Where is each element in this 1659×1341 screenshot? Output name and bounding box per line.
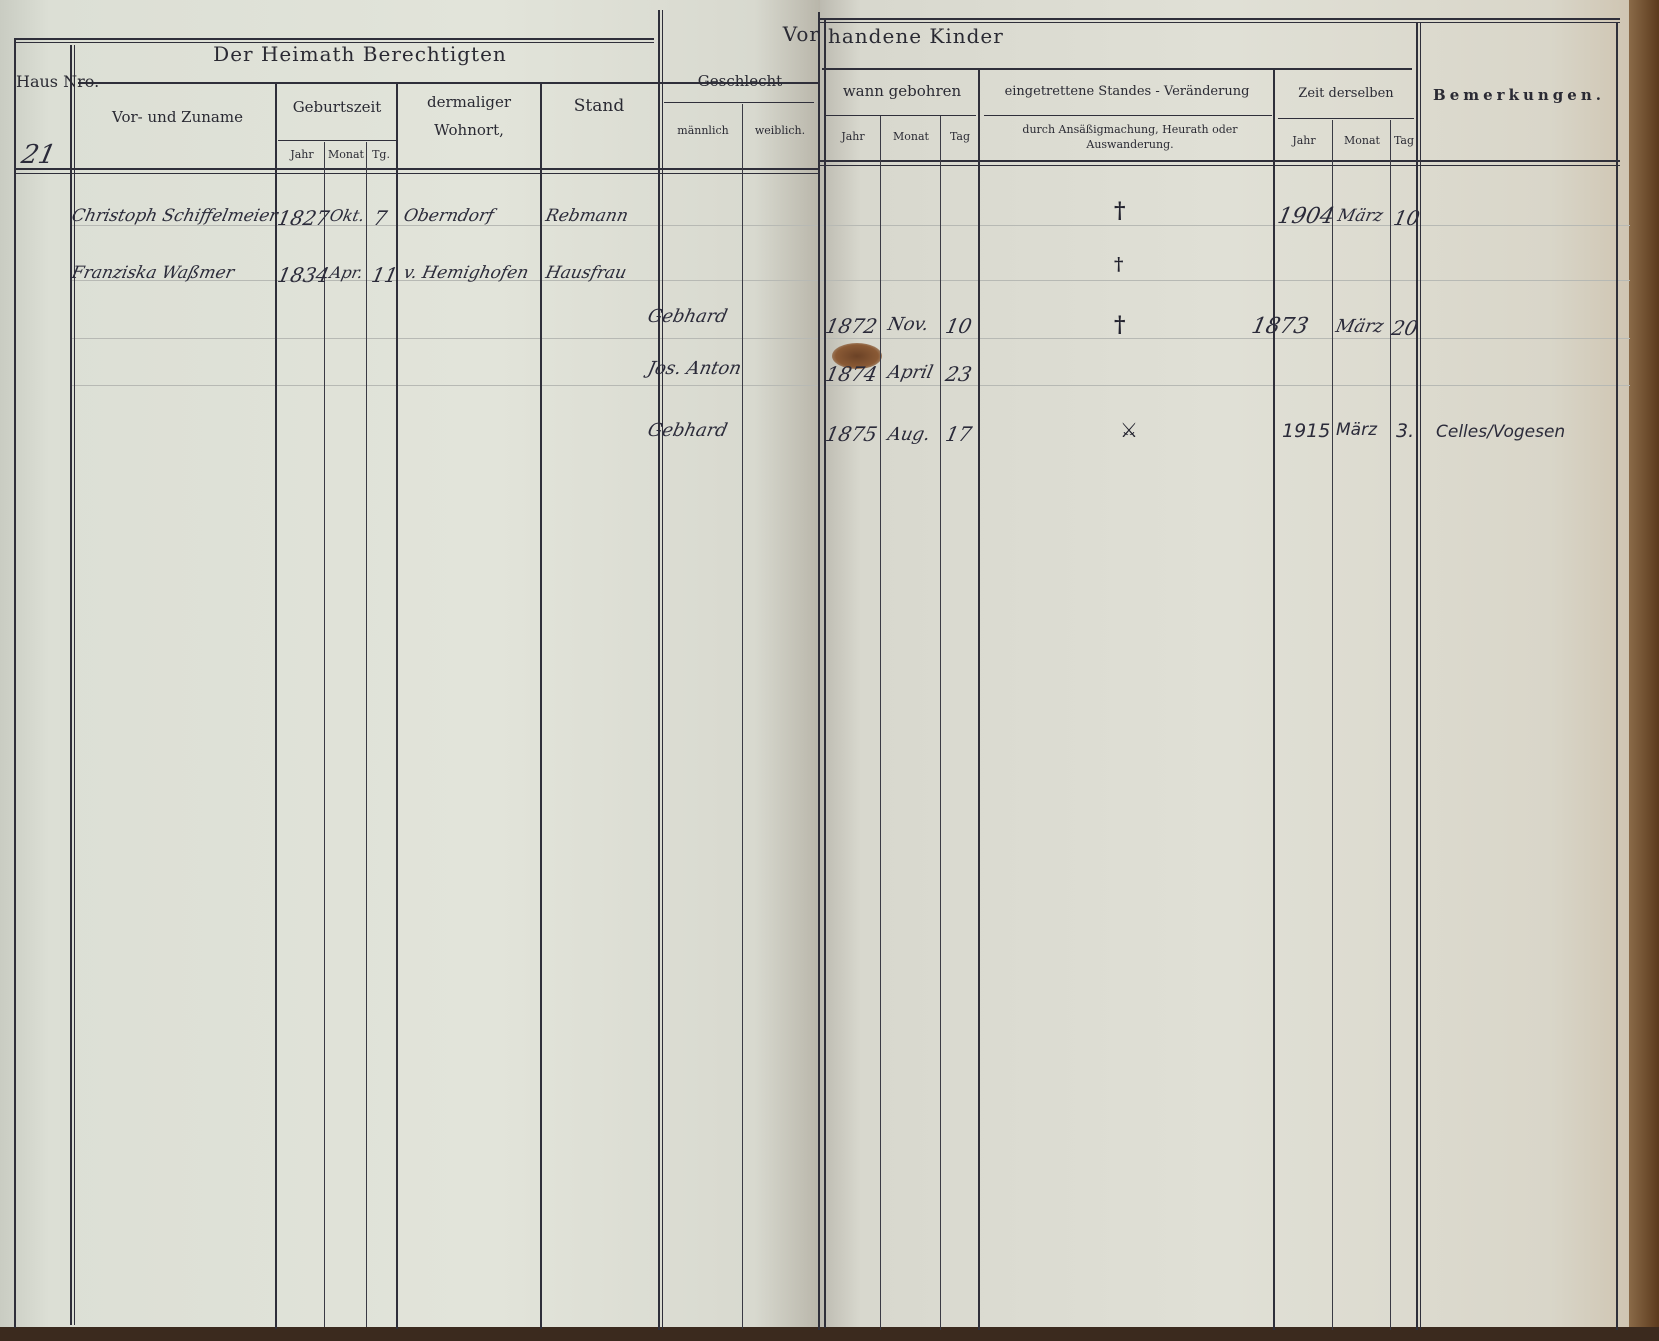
geschlecht-sub-rule: [664, 102, 814, 103]
col-rule-monat: [366, 142, 367, 1327]
entry-name: Franziska Waßmer: [70, 263, 236, 283]
left-page: [0, 0, 820, 1330]
header-maennlich: männlich: [664, 124, 742, 137]
entry-name: Christoph Schiffelmeier: [70, 206, 280, 226]
frame-left: [14, 38, 16, 1328]
right-page: [820, 0, 1630, 1330]
header-geb-tag: Tg.: [367, 148, 395, 161]
entry-change-year: 1873: [1249, 314, 1310, 339]
header-standes-sub: durch Ansäßigmachung, Heurath oder Auswa…: [1000, 122, 1260, 152]
header-name: Vor- und Zuname: [80, 108, 275, 126]
col-rule-maennlich: [742, 104, 743, 1329]
entry-birth-year: 1827: [275, 206, 331, 230]
entry-change-day: 10: [1391, 206, 1422, 230]
entry-child-month: Aug.: [886, 424, 932, 445]
col-rule-haus: [70, 45, 72, 1325]
entry-change-month: März: [1336, 420, 1377, 440]
col-rule-gebohren: [978, 70, 980, 1330]
entry-child-day: 10: [943, 314, 974, 338]
entry-wohnort: Oberndorf: [402, 206, 496, 226]
entry-change-year: 1915: [1282, 420, 1330, 442]
header-k-tag: Tag: [942, 130, 978, 143]
header-geschlecht: Geschlecht: [664, 72, 816, 90]
entry-child-name: Jos. Anton: [646, 358, 743, 379]
header-geb-monat: Monat: [326, 148, 366, 161]
fallen-soldier-icon: ⚔: [1120, 418, 1138, 442]
header-haus: Haus Nro.: [16, 72, 70, 91]
header-vor: Vor: [760, 22, 820, 46]
entry-change-day: 3.: [1396, 420, 1414, 442]
geburtszeit-sub-rule: [278, 140, 398, 141]
entry-child-day: 23: [943, 362, 974, 386]
entry-birth-month: Apr.: [328, 263, 365, 282]
header-z-tag: Tag: [1392, 134, 1416, 147]
header-wann-gebohren: wann gebohren: [826, 82, 978, 100]
col-rule-wohnort: [540, 84, 542, 1329]
entry-child-day: 17: [943, 422, 974, 446]
death-cross-icon: †: [1114, 312, 1126, 338]
entry-change-month: März: [1336, 206, 1385, 226]
header-standes-veraenderung: eingetrettene Standes - Veränderung: [982, 84, 1272, 99]
header-vorhandene-kinder: handene Kinder: [828, 24, 1008, 48]
entry-change-year: 1904: [1275, 204, 1336, 229]
header-weiblich: weiblich.: [744, 124, 816, 137]
subheader-rule-right: [822, 68, 1412, 70]
frame-right: [1616, 22, 1618, 1330]
entry-birth-month: Okt.: [328, 206, 366, 225]
top-rule-left: [14, 38, 654, 40]
death-cross-icon: †: [1114, 198, 1126, 224]
header-z-jahr: Jahr: [1276, 134, 1332, 147]
entry-birth-day: 11: [369, 263, 400, 287]
col-rule-stand-2: [662, 10, 663, 1330]
header-k-jahr: Jahr: [826, 130, 880, 143]
death-cross-icon: †: [1114, 254, 1123, 275]
entry-remark: Celles/Vogesen: [1436, 422, 1565, 442]
entry-change-day: 20: [1389, 316, 1420, 340]
book-cover-edge: [1629, 0, 1659, 1341]
col-rule-stand: [658, 10, 660, 1330]
entry-child-year: 1875: [823, 422, 879, 446]
entry-stand: Hausfrau: [544, 263, 628, 283]
header-zeit-derselben: Zeit derselben: [1276, 86, 1416, 101]
top-rule-right-2: [820, 22, 1620, 23]
col-rule-jahr: [324, 142, 325, 1327]
header-geb-jahr: Jahr: [280, 148, 324, 161]
top-rule-right: [820, 18, 1620, 20]
header-heimath-berechtigten: Der Heimath Berechtigten: [200, 42, 520, 66]
col-rule-standes: [1273, 70, 1275, 1330]
entry-stand: Rebmann: [544, 206, 630, 226]
col-rule-name: [275, 84, 277, 1329]
entry-child-name: Gebhard: [646, 306, 729, 327]
col-rule-k-jahr: [880, 116, 881, 1330]
header-bottom-rule-left-2: [14, 173, 818, 174]
gebohren-sub-rule: [826, 115, 976, 116]
col-rule-z-monat: [1390, 120, 1391, 1330]
header-bottom-rule-left: [14, 168, 818, 170]
zeit-sub-rule: [1278, 118, 1414, 119]
col-rule-haus-2: [74, 45, 75, 1325]
col-rule-z-jahr: [1332, 120, 1333, 1330]
header-k-monat: Monat: [882, 130, 940, 143]
header-bemerkungen: Bemerkungen.: [1424, 86, 1614, 104]
entry-change-month: März: [1334, 316, 1386, 337]
gutter-right: [824, 18, 826, 1328]
entry-child-name: Gebhard: [646, 420, 729, 441]
haus-nummer: 21: [19, 140, 58, 170]
entry-child-year: 1874: [823, 362, 879, 386]
entry-child-month: April: [886, 362, 935, 383]
col-rule-k-monat: [940, 116, 941, 1330]
gutter-left: [818, 12, 820, 1330]
header-geburtszeit: Geburtszeit: [278, 98, 396, 116]
standes-sub-rule: [984, 115, 1272, 116]
header-z-monat: Monat: [1334, 134, 1390, 147]
entry-wohnort: v. Hemighofen: [402, 263, 530, 283]
header-wohnort: dermaliger Wohnort,: [400, 88, 538, 144]
book-bottom-edge: [0, 1327, 1659, 1341]
col-rule-zeit-2: [1420, 22, 1421, 1330]
entry-child-year: 1872: [823, 314, 879, 338]
entry-birth-year: 1834: [275, 263, 331, 287]
entry-child-month: Nov.: [886, 314, 931, 335]
header-stand: Stand: [542, 96, 656, 116]
